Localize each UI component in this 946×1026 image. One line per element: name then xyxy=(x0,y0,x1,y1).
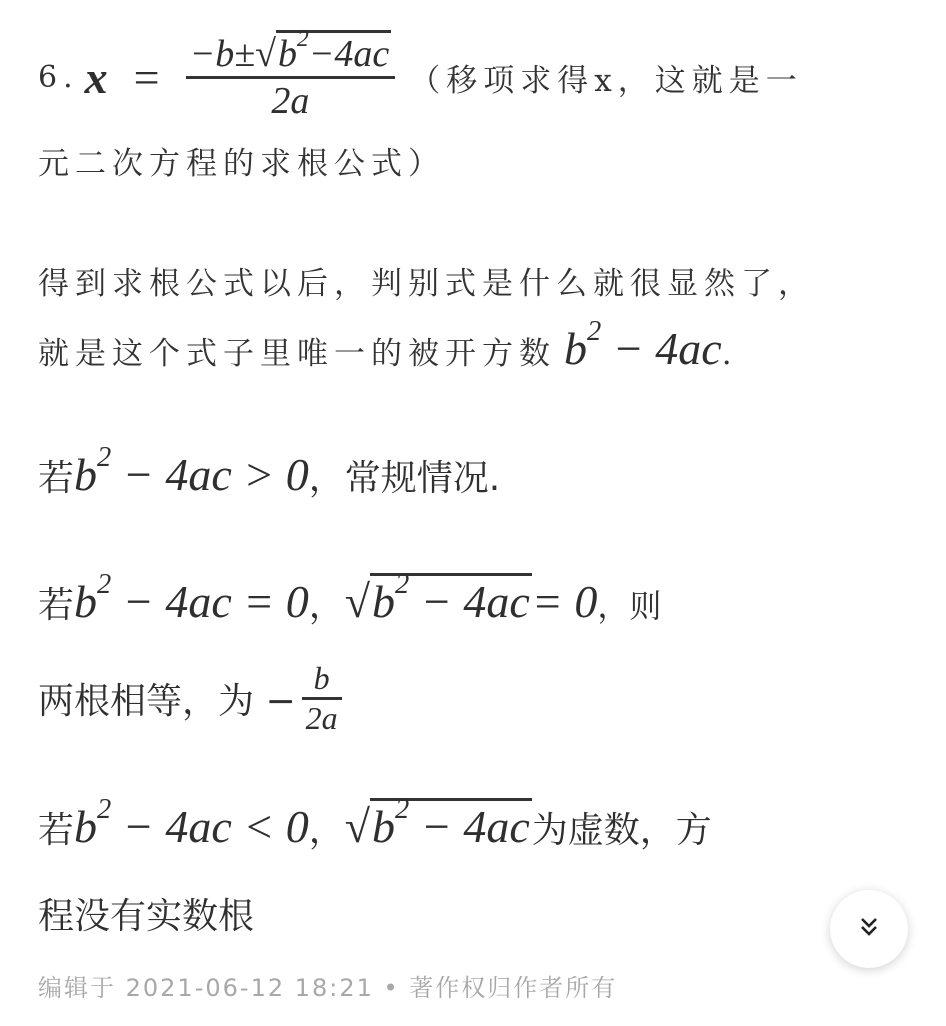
frac-den: 2a xyxy=(302,697,342,737)
intro-period: . xyxy=(722,336,738,372)
edit-info-footer: 编辑于 2021-06-12 18:21 • 著作权归作者所有 xyxy=(38,968,617,1003)
numerator-pre: −b± xyxy=(190,33,256,75)
after-sqrt: = 0 xyxy=(532,575,598,628)
exp: 2 xyxy=(97,442,111,473)
expr-exp: 2 xyxy=(587,316,601,347)
formula-step-6: 6. x = −b±√b2−4ac 2a （移项求得x，这就是一 xyxy=(38,22,803,132)
case-positive-expr: b2 − 4ac > 0 xyxy=(74,448,309,501)
double-chevron-down-icon xyxy=(856,914,882,944)
sqrt-symbol: √b2−4ac xyxy=(255,32,391,76)
formula-lhs: x xyxy=(85,51,108,104)
radicand-exp: 2 xyxy=(297,25,309,51)
quadratic-formula-fraction: −b±√b2−4ac 2a xyxy=(186,32,396,123)
b-var: b xyxy=(74,801,97,852)
case-zero-suffix: ，则 xyxy=(597,581,661,627)
case-negative-sqrt: √b2 − 4ac xyxy=(345,800,532,853)
case-positive: 若 b2 − 4ac > 0 ，常规情况. xyxy=(38,448,500,501)
case-zero-sqrt: √b2 − 4ac xyxy=(345,575,532,628)
discriminant-expression: b2 − 4ac xyxy=(564,322,722,375)
case-zero-prefix: 若 xyxy=(38,577,74,628)
expr-b: b xyxy=(564,323,587,374)
case-negative-prefix: 若 xyxy=(38,802,74,853)
case-zero-line2-text: 两根相等，为 − xyxy=(38,673,296,724)
case-zero-expr: b2 − 4ac = 0 xyxy=(74,575,309,628)
case-negative-line2: 程没有实数根 xyxy=(38,888,254,939)
b-var: b xyxy=(74,576,97,627)
root-fraction: b 2a xyxy=(302,660,342,737)
sqrt-rest: − 4ac xyxy=(409,576,529,627)
exp: 2 xyxy=(97,794,111,825)
discriminant-intro-line2: 就是这个式子里唯一的被开方数 b2 − 4ac . xyxy=(38,322,738,375)
b-var: b xyxy=(74,449,97,500)
case-positive-prefix: 若 xyxy=(38,450,74,501)
sqrt-exp: 2 xyxy=(395,794,409,825)
sqrt-rest: − 4ac xyxy=(409,801,529,852)
sqrt-b: b xyxy=(372,801,395,852)
intro-line2-text: 就是这个式子里唯一的被开方数 xyxy=(38,328,556,373)
case-negative-suffix: 为虚数，方 xyxy=(532,802,712,853)
expr-rest: − 4ac > 0 xyxy=(111,449,309,500)
case-positive-suffix: ，常规情况. xyxy=(309,450,500,501)
radicand: b2 − 4ac xyxy=(370,798,532,852)
formula-equals: = xyxy=(134,51,160,104)
radicand: b2 − 4ac xyxy=(370,573,532,627)
exp: 2 xyxy=(97,569,111,600)
step-index: 6. xyxy=(38,60,79,95)
comma: ， xyxy=(309,577,345,628)
formula-note-line2: 元二次方程的求根公式） xyxy=(38,138,445,183)
discriminant-intro-line1: 得到求根公式以后，判别式是什么就很显然了， xyxy=(38,258,815,303)
case-negative: 若 b2 − 4ac < 0 ， √b2 − 4ac 为虚数，方 xyxy=(38,800,712,853)
expr-rest: − 4ac < 0 xyxy=(111,801,309,852)
formula-note-line1: （移项求得x，这就是一 xyxy=(409,55,802,100)
frac-num: b xyxy=(302,660,342,697)
radicand-b: b xyxy=(278,33,297,75)
comma: ， xyxy=(309,802,345,853)
expr-rest: − 4ac = 0 xyxy=(111,576,309,627)
sqrt-exp: 2 xyxy=(395,569,409,600)
radicand: b2−4ac xyxy=(276,30,391,75)
expr-rest: − 4ac xyxy=(601,323,721,374)
case-negative-expr: b2 − 4ac < 0 xyxy=(74,800,309,853)
case-zero: 若 b2 − 4ac = 0 ， √b2 − 4ac = 0 ，则 xyxy=(38,575,661,628)
formula-denominator: 2a xyxy=(186,76,396,123)
scroll-down-button[interactable] xyxy=(830,890,908,968)
case-zero-line2: 两根相等，为 − b 2a xyxy=(38,660,342,737)
sqrt-b: b xyxy=(372,576,395,627)
formula-numerator: −b±√b2−4ac xyxy=(186,32,396,76)
radicand-rest: −4ac xyxy=(309,33,390,75)
